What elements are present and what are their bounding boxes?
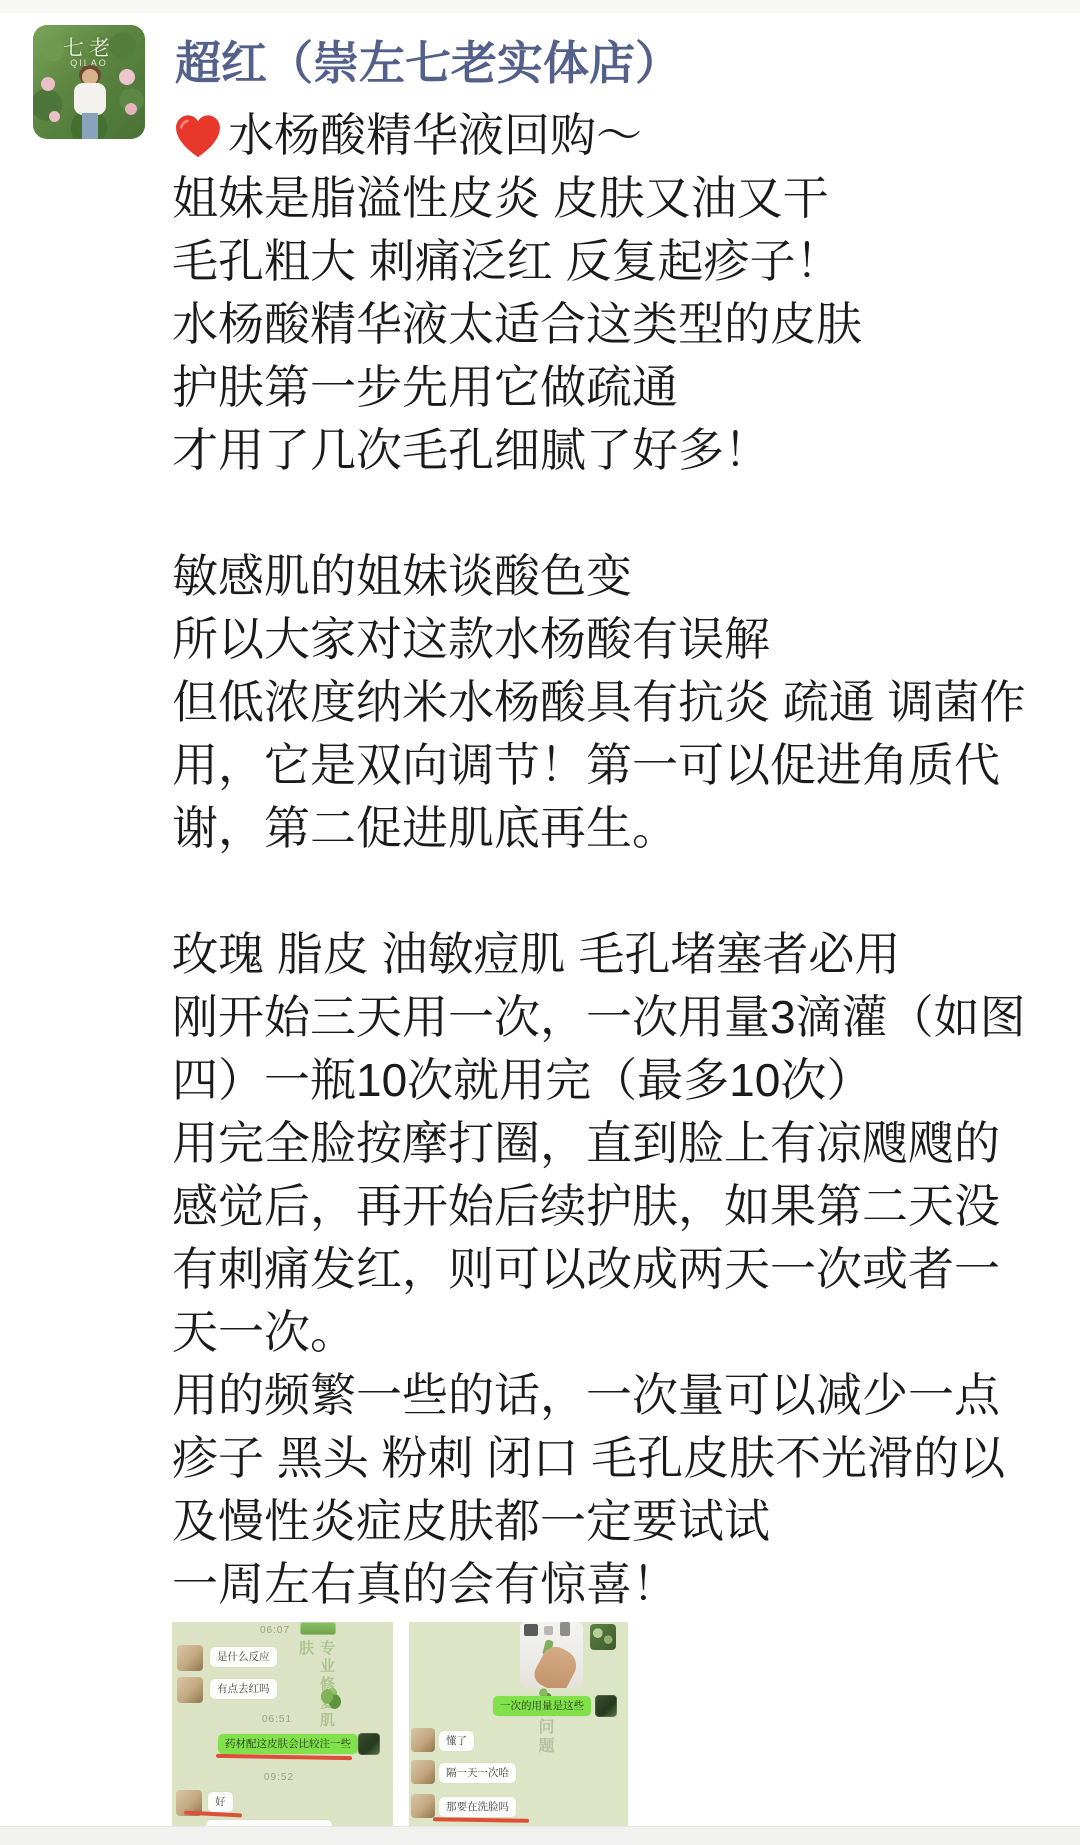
post-line: 及慢性炎症皮肤都一定要试试: [172, 1490, 1067, 1553]
photo-object: [544, 1626, 553, 1635]
chat-contact-avatar: [411, 1794, 435, 1818]
post-line: 四）一瓶10次就用完（最多10次）: [172, 1049, 1067, 1112]
chat-bubble: 懂了: [439, 1731, 474, 1751]
chat-bubble: 是什么反应: [210, 1647, 277, 1667]
avatar-flower: [119, 69, 135, 85]
red-underline-annotation: [433, 1817, 529, 1823]
leaf-decoration: [318, 1686, 344, 1712]
post-line: 才用了几次毛孔细腻了好多！: [172, 419, 1067, 482]
chat-timestamp: 06:51: [262, 1714, 292, 1725]
chat-contact-avatar: [177, 1677, 203, 1703]
post-line: 用完全脸按摩打圈，直到脸上有凉飕飕的: [172, 1112, 1067, 1175]
post-lines: 姐妹是脂溢性皮炎 皮肤又油又干毛孔粗大 刺痛泛红 反复起疹子！水杨酸精华液太适合…: [172, 167, 1067, 1616]
post-first-line: 水杨酸精华液回购～: [172, 104, 1067, 167]
avatar-person-body: [74, 83, 106, 115]
chat-watermark: 问题: [533, 1718, 556, 1778]
chat-sticker: [300, 1622, 336, 1635]
chat-contact-avatar: [411, 1760, 435, 1784]
post-line: [172, 860, 1067, 923]
post-line: 一周左右真的会有惊喜！: [172, 1553, 1067, 1616]
post-first-line-text: 水杨酸精华液回购～: [228, 104, 642, 167]
chat-timestamp: 09:52: [264, 1772, 294, 1783]
post-line: 毛孔粗大 刺痛泛红 反复起疹子！: [172, 230, 1067, 293]
post-line: 有刺痛发红，则可以改成两天一次或者一: [172, 1238, 1067, 1301]
chat-self-avatar: [590, 1624, 616, 1650]
chat-bubble-sent: 一次的用量是这些: [493, 1696, 591, 1716]
red-underline-annotation: [216, 1754, 352, 1760]
avatar-person-jeans: [82, 113, 98, 139]
chat-screenshot-thumbnail-2[interactable]: 一次的用量是这些 问题 懂了 隔一天一次哈 那要在洗脸吗: [409, 1622, 628, 1826]
avatar-flower: [41, 77, 55, 91]
post-line: 疹子 黑头 粉刺 闭口 毛孔皮肤不光滑的以: [172, 1427, 1067, 1490]
chat-timestamp: 06:07: [260, 1625, 290, 1636]
hand-photo: [520, 1622, 583, 1688]
chat-bubble: 隔一天一次哈: [439, 1763, 516, 1783]
post-line: 刚开始三天用一次，一次用量3滴灌（如图: [172, 986, 1067, 1049]
author-name[interactable]: 超红（崇左七老实体店）: [175, 27, 681, 93]
screenshot-bottom-edge: [0, 1826, 1080, 1845]
chat-self-avatar: [595, 1695, 617, 1717]
post-line: 姐妹是脂溢性皮炎 皮肤又油又干: [172, 167, 1067, 230]
post-line: 水杨酸精华液太适合这类型的皮肤: [172, 293, 1067, 356]
post-line: 感觉后，再开始后续护肤，如果第二天没: [172, 1175, 1067, 1238]
post-line: 天一次。: [172, 1301, 1067, 1364]
post-text: 水杨酸精华液回购～ 姐妹是脂溢性皮炎 皮肤又油又干毛孔粗大 刺痛泛红 反复起疹子…: [172, 104, 1067, 1616]
post-line: 用的频繁一些的话，一次量可以减少一点: [172, 1364, 1067, 1427]
avatar-flower: [125, 103, 137, 115]
chat-bubble: 那要在洗脸吗: [439, 1797, 516, 1817]
photo-hand: [530, 1642, 582, 1688]
post-line: [172, 482, 1067, 545]
author-avatar[interactable]: 七老 QILAO: [33, 25, 145, 139]
chat-self-avatar: [358, 1733, 380, 1755]
post-line: 护肤第一步先用它做疏通: [172, 356, 1067, 419]
chat-contact-avatar: [411, 1728, 435, 1752]
wechat-moments-post: { "header": { "author": "超红（崇左七老实体店）", "…: [0, 0, 1080, 1845]
post-line: 所以大家对这款水杨酸有误解: [172, 608, 1067, 671]
post-line: 谢，第二促进肌底再生。: [172, 797, 1067, 860]
post-line: 玫瑰 脂皮 油敏痘肌 毛孔堵塞者必用: [172, 923, 1067, 986]
chat-contact-avatar: [177, 1645, 203, 1671]
red-heart-icon: [172, 112, 224, 160]
red-underline-annotation: [184, 1810, 242, 1817]
chat-screenshot-thumbnail-1[interactable]: 06:07 专业修复肌肤 是什么反应 有点去红吗 06:51 药材配这皮肤会比较…: [172, 1622, 393, 1826]
post-line: 敏感肌的姐妹谈酸色变: [172, 545, 1067, 608]
post-line: 但低浓度纳米水杨酸具有抗炎 疏通 调菌作: [172, 671, 1067, 734]
chat-bubble: 有点去红吗: [210, 1679, 277, 1699]
chat-bubble-sent: 药材配这皮肤会比较注一些: [218, 1734, 358, 1754]
photo-object: [560, 1622, 570, 1636]
chat-bubble: 好: [208, 1792, 233, 1812]
post-line: 用，它是双向调节！第一可以促进角质代: [172, 734, 1067, 797]
screenshot-top-edge: [0, 0, 1080, 13]
avatar-flower: [49, 111, 60, 122]
photo-object: [524, 1624, 538, 1636]
